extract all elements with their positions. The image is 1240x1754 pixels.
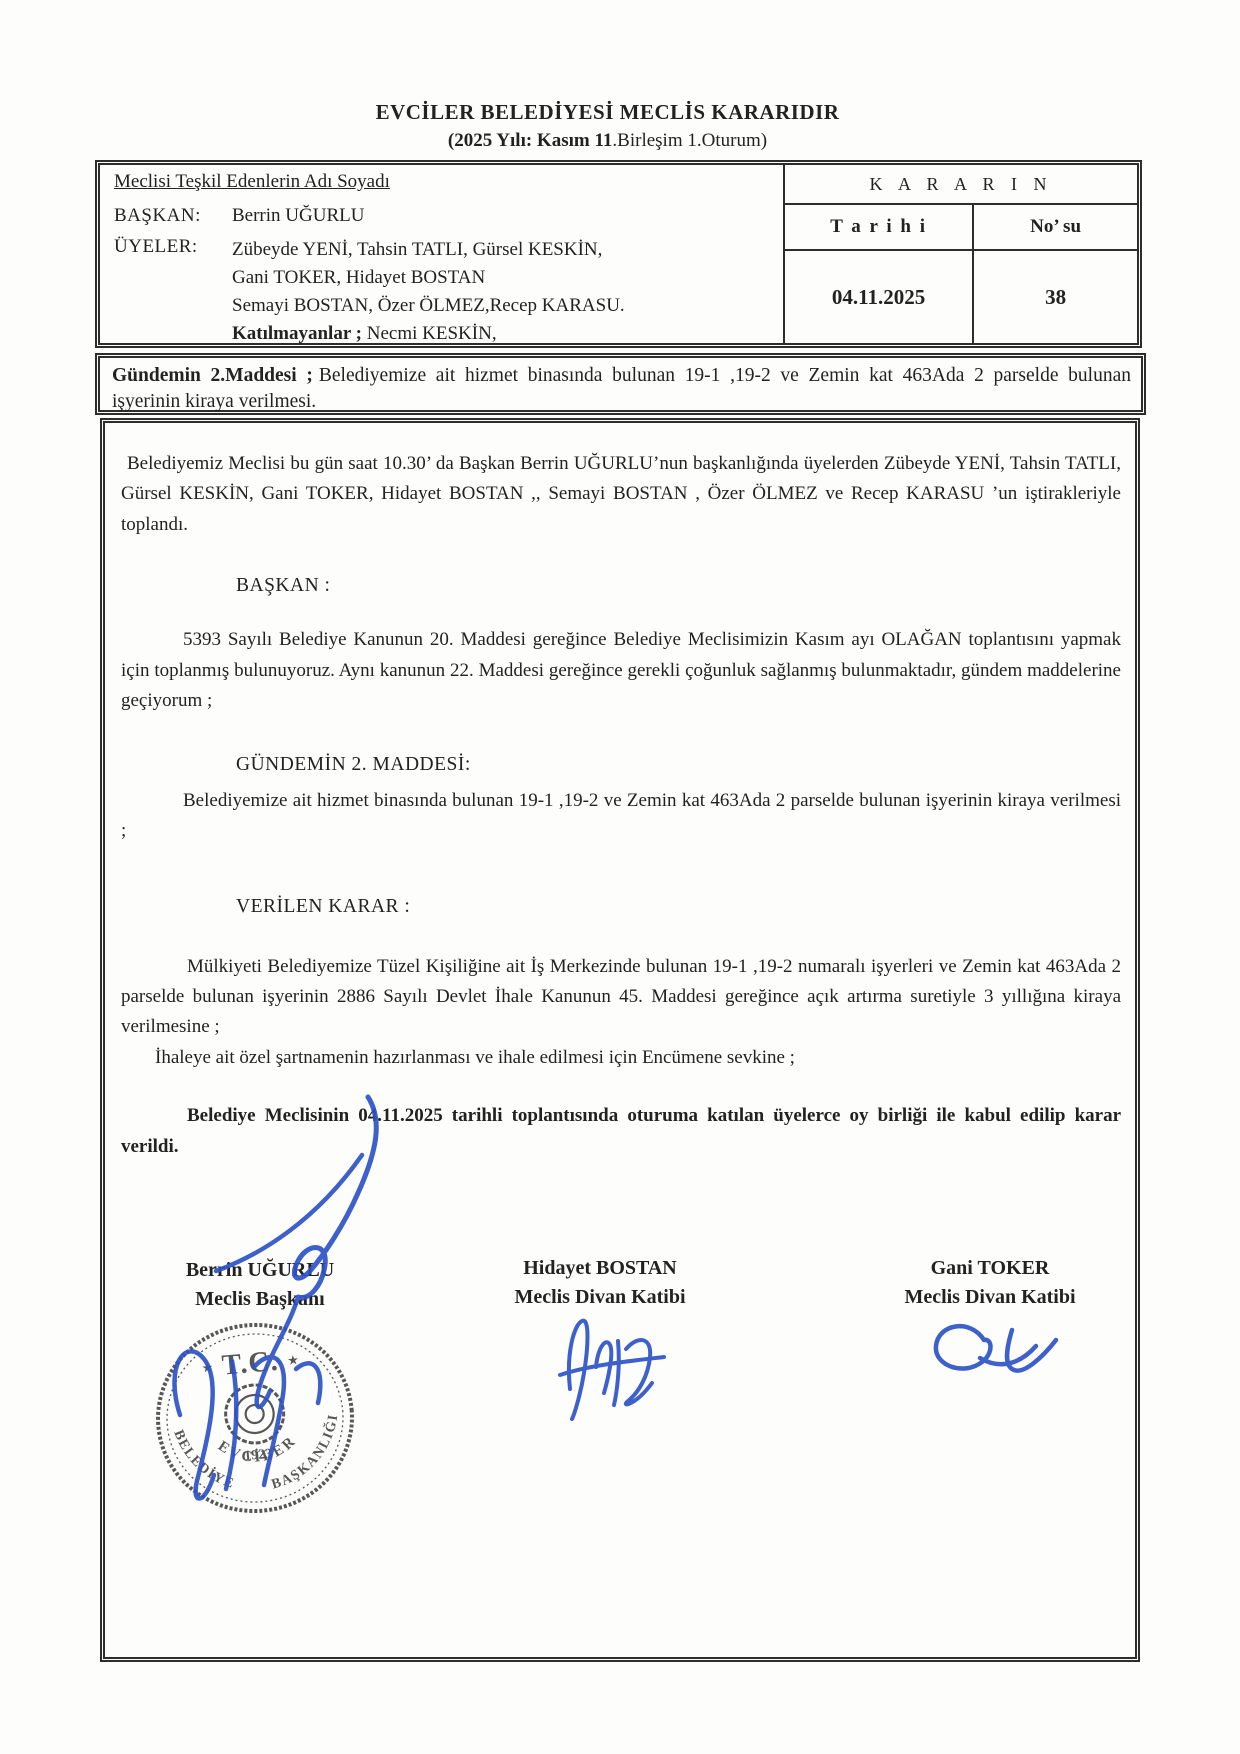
decision-date-value: 04.11.2025 (785, 251, 974, 343)
decision-subheaders: T a r i h i No’ su (785, 205, 1137, 251)
members-line: Semayi BOSTAN, Özer ÖLMEZ,Recep KARASU. (232, 292, 625, 320)
agenda-paragraph: Belediyemize ait hizmet binasında buluna… (121, 786, 1121, 847)
document-title: EVCİLER BELEDİYESİ MECLİS KARARIDIR (0, 100, 1215, 125)
signer-name: Gani TOKER (860, 1254, 1120, 1283)
agenda-heading: GÜNDEMİN 2. MADDESİ: (236, 749, 1121, 780)
chairman-signature-icon (120, 1085, 440, 1525)
decision-paragraph-2: İhaleye ait özel şartnamenin hazırlanmas… (121, 1043, 1121, 1073)
clerk2-signature-icon (920, 1312, 1070, 1392)
members-row: ÜYELER: Zübeyde YENİ, Tahsin TATLI, Gürs… (114, 236, 773, 348)
chairman-heading: BAŞKAN : (236, 570, 1121, 601)
members-label: ÜYELER: (114, 236, 232, 348)
members-names: Zübeyde YENİ, Tahsin TATLI, Gürsel KESKİ… (232, 236, 625, 348)
decision-no-label: No’ su (974, 205, 1137, 249)
absent-label: Katılmayanlar ; (232, 323, 362, 344)
absent-names: Necmi KESKİN, (367, 323, 497, 344)
subtitle-session-bold: (2025 Yılı: Kasım 11 (448, 130, 613, 151)
members-cell: Meclisi Teşkil Edenlerin Adı Soyadı BAŞK… (100, 165, 785, 343)
members-line: Zübeyde YENİ, Tahsin TATLI, Gürsel KESKİ… (232, 236, 625, 264)
council-decision-document: EVCİLER BELEDİYESİ MECLİS KARARIDIR (202… (0, 0, 1240, 1754)
decision-meta-cell: K A R A R I N T a r i h i No’ su 04.11.2… (785, 165, 1137, 343)
absent-line: Katılmayanlar ; Necmi KESKİN, (232, 320, 625, 348)
decision-date-label: T a r i h i (785, 205, 974, 249)
signature-block-clerk-1: Hidayet BOSTAN Meclis Divan Katibi (480, 1254, 720, 1312)
chairman-name: Berrin UĞURLU (232, 205, 364, 227)
subtitle-session-rest: .Birleşim 1.Oturum) (612, 130, 767, 151)
signature-block-clerk-2: Gani TOKER Meclis Divan Katibi (860, 1254, 1120, 1312)
chairman-row: BAŞKAN: Berrin UĞURLU (114, 205, 773, 227)
decision-no-value: 38 (974, 251, 1137, 343)
decision-values: 04.11.2025 38 (785, 251, 1137, 343)
members-header: Meclisi Teşkil Edenlerin Adı Soyadı (114, 171, 390, 193)
agenda-item-label: Gündemin 2.Maddesi ; (112, 365, 313, 386)
chairman-speech: 5393 Sayılı Belediye Kanunun 20. Maddesi… (121, 625, 1121, 716)
decision-paragraph-1: Mülkiyeti Belediyemize Tüzel Kişiliğine … (121, 952, 1121, 1043)
members-decision-table: Meclisi Teşkil Edenlerin Adı Soyadı BAŞK… (95, 160, 1142, 348)
decision-header: K A R A R I N (785, 165, 1137, 205)
clerk1-signature-icon (540, 1305, 680, 1435)
signer-name: Hidayet BOSTAN (480, 1254, 720, 1283)
decision-heading: VERİLEN KARAR : (236, 891, 1121, 922)
agenda-item-box: Gündemin 2.Maddesi ;Belediyemize ait hiz… (95, 353, 1146, 415)
members-line: Gani TOKER, Hidayet BOSTAN (232, 264, 625, 292)
signer-title: Meclis Divan Katibi (860, 1283, 1120, 1312)
chairman-label: BAŞKAN: (114, 205, 232, 227)
intro-paragraph: Belediyemiz Meclisi bu gün saat 10.30’ d… (121, 449, 1121, 540)
document-subtitle: (2025 Yılı: Kasım 11.Birleşim 1.Oturum) (0, 130, 1215, 152)
